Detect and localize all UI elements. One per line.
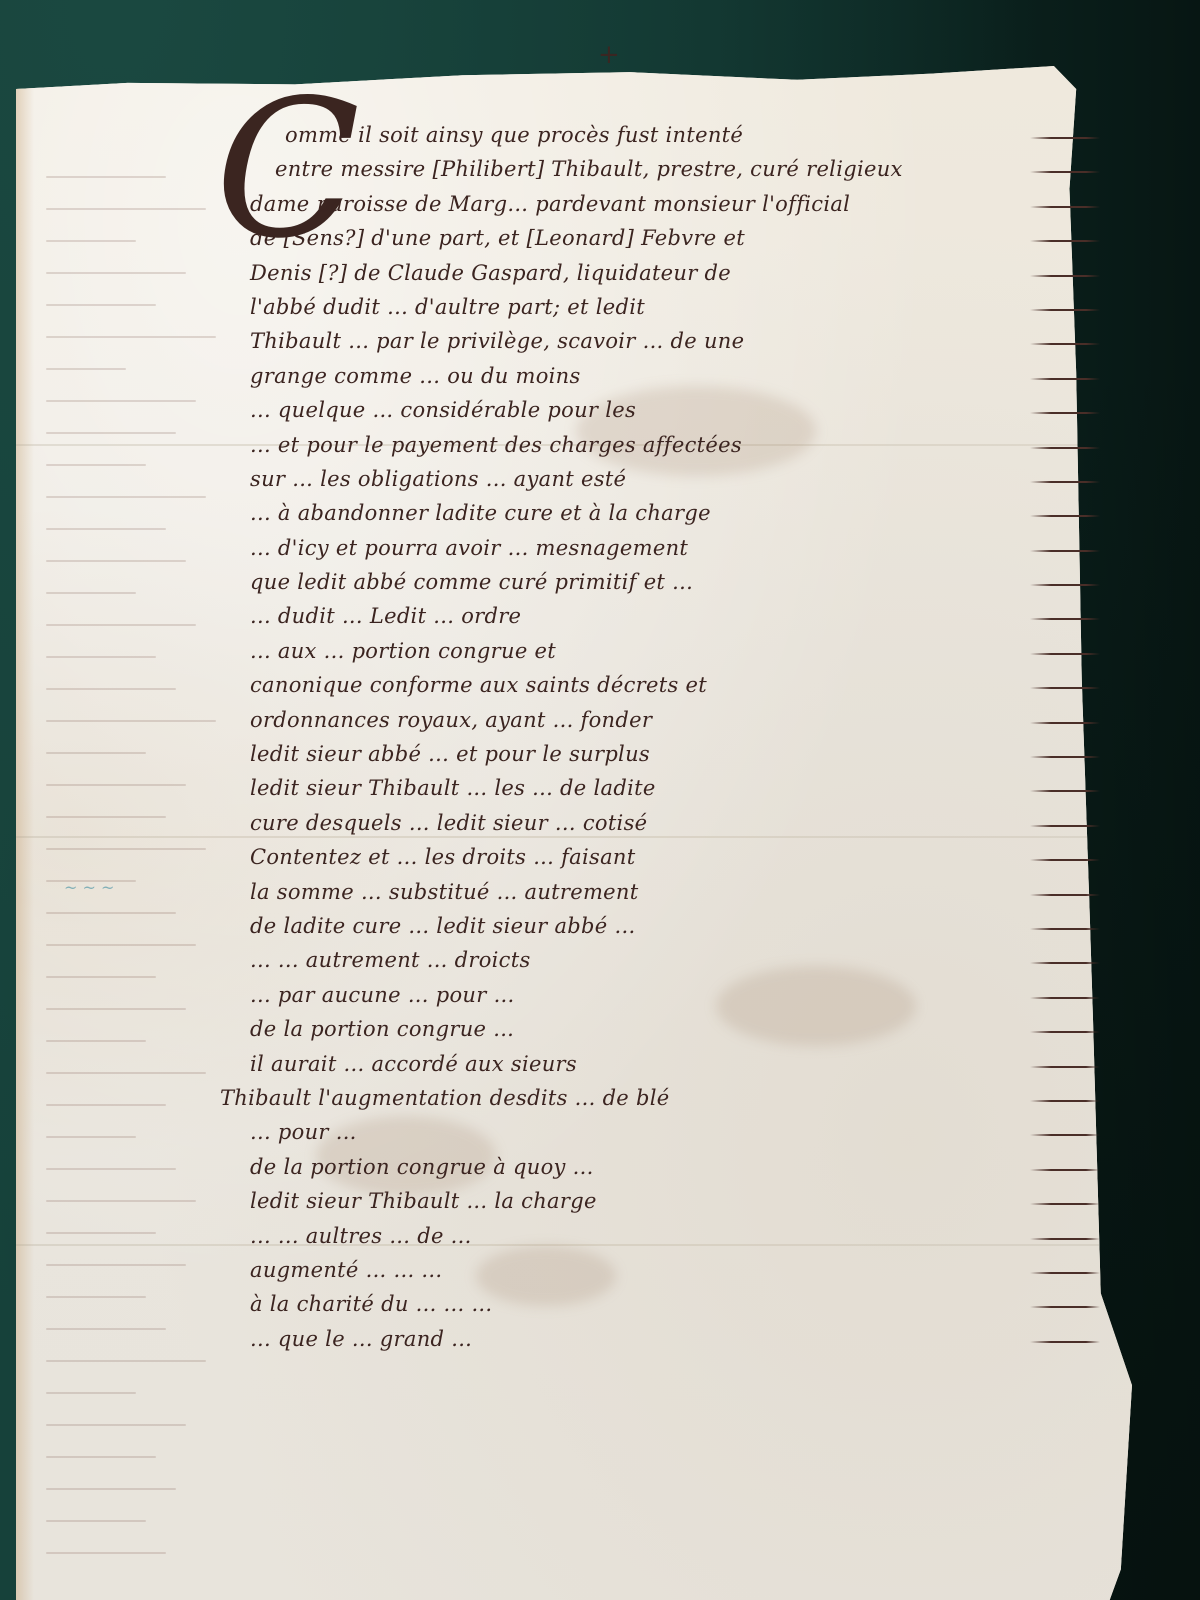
text-line: omme il soit ainsy que procès fust inten… xyxy=(250,118,1100,152)
text-line: ledit sieur Thibault ... la charge xyxy=(250,1184,1100,1218)
text-line: Thibault ... par le privilège, scavoir .… xyxy=(250,324,1100,358)
text-line: ordonnances royaux, ayant ... fonder xyxy=(250,703,1100,737)
text-line: de la portion congrue à quoy ... xyxy=(250,1150,1100,1184)
handwritten-text: omme il soit ainsy que procès fust inten… xyxy=(250,118,1100,1356)
text-line: ... dudit ... Ledit ... ordre xyxy=(250,599,1100,633)
text-line: que ledit abbé comme curé primitif et ..… xyxy=(250,565,1100,599)
text-line: ... à abandonner ladite cure et à la cha… xyxy=(250,496,1100,530)
text-line: augmenté ... ... ... xyxy=(250,1253,1100,1287)
text-line: il aurait ... accordé aux sieurs xyxy=(250,1047,1100,1081)
text-line: la somme ... substitué ... autrement xyxy=(250,875,1100,909)
text-line: de ladite cure ... ledit sieur abbé ... xyxy=(250,909,1100,943)
text-line: ... et pour le payement des charges affe… xyxy=(250,428,1100,462)
edge-stain xyxy=(16,66,34,1600)
text-line: entre messire [Philibert] Thibault, pres… xyxy=(250,152,1100,186)
text-line: ledit sieur abbé ... et pour le surplus xyxy=(250,737,1100,771)
text-line: ledit sieur Thibault ... les ... de ladi… xyxy=(250,771,1100,805)
text-line: sur ... les obligations ... ayant esté xyxy=(250,462,1100,496)
text-line: de [Sens?] d'une part, et [Leonard] Febv… xyxy=(250,221,1100,255)
text-line: ... pour ... xyxy=(250,1115,1100,1149)
text-line: ... que le ... grand ... xyxy=(250,1322,1100,1356)
text-line: ... aux ... portion congrue et xyxy=(250,634,1100,668)
folio-mark: + xyxy=(598,40,620,70)
text-line: canonique conforme aux saints décrets et xyxy=(250,668,1100,702)
text-line: ... par aucune ... pour ... xyxy=(250,978,1100,1012)
text-line: Denis [?] de Claude Gaspard, liquidateur… xyxy=(250,256,1100,290)
text-line: cure desquels ... ledit sieur ... cotisé xyxy=(250,806,1100,840)
text-line: ... ... aultres ... de ... xyxy=(250,1219,1100,1253)
text-line: ... d'icy et pourra avoir ... mesnagemen… xyxy=(250,531,1100,565)
blue-ink-mark: ~ ~ ~ xyxy=(64,878,144,900)
text-line: ... quelque ... considérable pour les xyxy=(250,393,1100,427)
text-line: l'abbé dudit ... d'aultre part; et ledit xyxy=(250,290,1100,324)
text-line: à la charité du ... ... ... xyxy=(250,1287,1100,1321)
text-line: dame paroisse de Marg... pardevant monsi… xyxy=(250,187,1100,221)
text-line: Contentez et ... les droits ... faisant xyxy=(250,840,1100,874)
text-line: grange comme ... ou du moins xyxy=(250,359,1100,393)
text-line: de la portion congrue ... xyxy=(250,1012,1100,1046)
text-line: ... ... autrement ... droicts xyxy=(250,943,1100,977)
text-line: Thibault l'augmentation desdits ... de b… xyxy=(220,1081,1100,1115)
bleed-through-text xyxy=(46,146,246,1546)
